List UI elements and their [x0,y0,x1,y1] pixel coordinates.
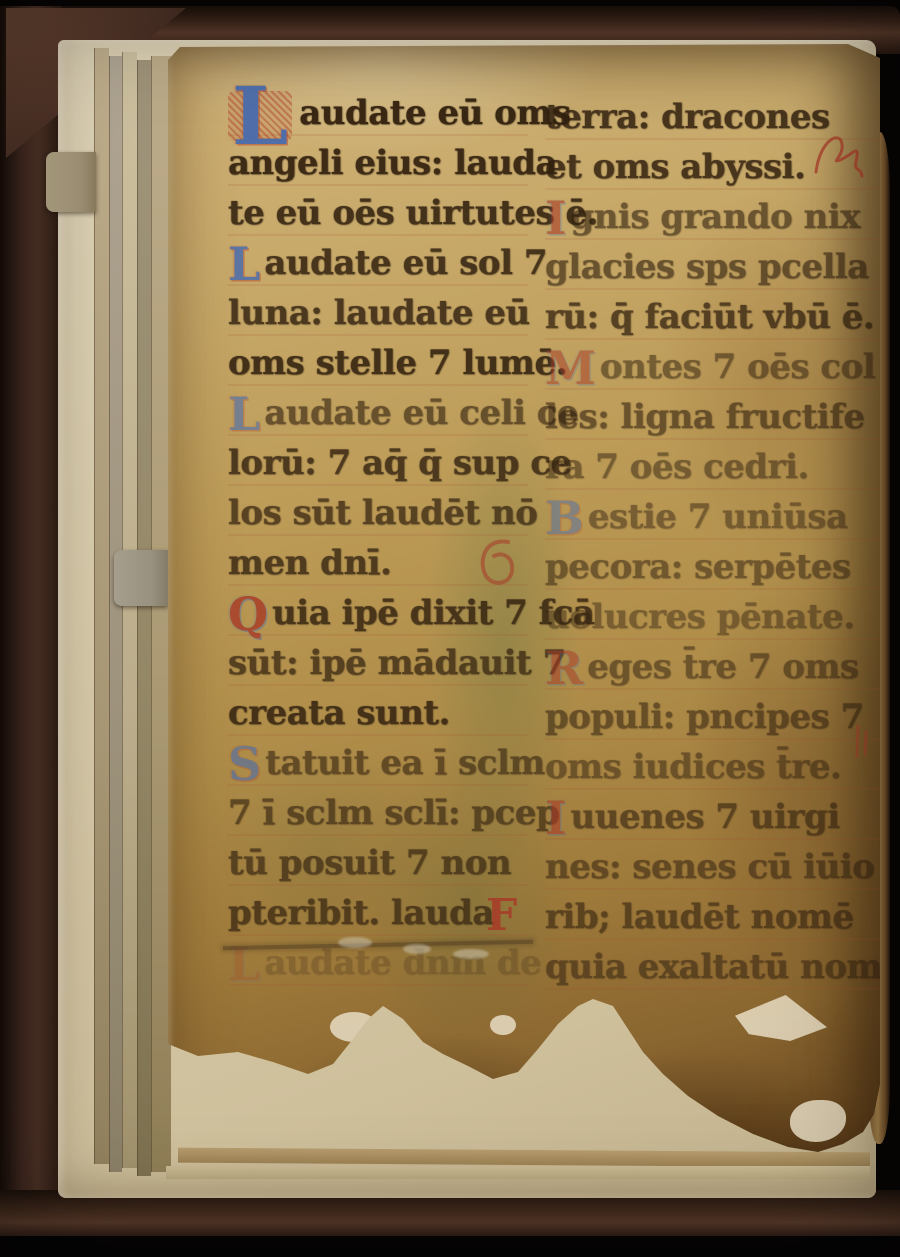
manuscript-line: Laudate eū sol 7 [228,238,528,288]
illuminated-initial-s: S [228,747,261,781]
bottom-leaf-edge [166,1166,870,1179]
manuscript-text: ra 7 oēs cedri. [545,447,809,487]
manuscript-text: ontes 7 oēs col [600,347,875,387]
manuscript-text: et oms abyssi. [545,147,805,187]
illuminated-initial-r: R [545,651,583,685]
red-d-flourish-icon [474,536,522,590]
manuscript-text: luna: laudate eū [228,293,530,333]
manuscript-text: oms iudices t̄re. [545,747,841,787]
manuscript-line: Reges t̄re 7 oms [545,642,880,692]
red-tick-icon [852,724,874,760]
abrasion-shine [403,944,431,954]
manuscript-text: angeli eius: lauda [228,143,557,183]
illuminated-initial-i: I [545,801,567,835]
manuscript-line: rū: q̄ faciūt vbū ē. [545,292,880,342]
manuscript-line: creata sunt. [228,688,528,738]
manuscript-line: tū posuit 7 non [228,838,528,888]
manuscript-line: Quia ipē dixit 7 fcā [228,588,528,638]
manuscript-line: angeli eius: lauda [228,138,528,188]
illuminated-initial-i: I [545,201,567,235]
manuscript-text: audate eū sol 7 [264,243,547,283]
manuscript-line: uolucres pēnate. [545,592,880,642]
illuminated-initial-b: B [545,501,584,535]
manuscript-text: pecora: serpētes [545,547,851,587]
manuscript-text: audate eū oms [299,93,570,133]
manuscript-text: rū: q̄ faciūt vbū ē. [545,297,874,337]
manuscript-line: Laudate eū celi ce [228,388,528,438]
manuscript-text: gnis grando nix [571,197,861,237]
illuminated-initial-l: L [228,247,260,281]
illuminated-initial-l: L [228,397,260,431]
abrasion-shine [338,937,372,948]
tear-hole [490,1015,516,1035]
manuscript-line: les: ligna fructife [545,392,880,442]
manuscript-line: Laudate eū oms [228,88,528,138]
manuscript-text: oms stelle 7 lumē. [228,343,567,383]
manuscript-line: pecora: serpētes [545,542,880,592]
photo-edge-bottom [0,1236,900,1257]
manuscript-text: les: ligna fructife [545,397,865,437]
manuscript-text: rib; laudēt nomē [545,897,854,937]
tear-hole [790,1100,846,1142]
manuscript-text: audate eū celi ce [264,393,578,433]
manuscript-text: eges t̄re 7 oms [587,647,858,687]
leaf-edge-strip [109,56,122,1172]
manuscript-line: 7 ī sclm sclī: pcep [228,788,528,838]
text-column-right: terra: draconeset oms abyssi.Ignis grand… [545,92,880,1002]
manuscript-text: uolucres pēnate. [545,597,855,637]
manuscript-text: terra: dracones [545,97,830,137]
parchment-tab-lower [114,550,168,606]
manuscript-line: oms stelle 7 lumē. [228,338,528,388]
manuscript-text: glacies sps pcella [545,247,869,287]
manuscript-text: pteribit. lauda [228,893,494,933]
manuscript-line: glacies sps pcella [545,242,880,292]
manuscript-text: estie 7 uniūsa [588,497,848,537]
manuscript-text: tatuit ea ī sclm [265,743,545,783]
manuscript-line: Ignis grando nix [545,192,880,242]
parchment-tab-upper [46,152,96,212]
manuscript-line: rib; laudēt nomē [545,892,880,942]
manuscript-text: creata sunt. [228,693,450,733]
manuscript-line: lorū: 7 aq̄ q̄ sup ce [228,438,528,488]
manuscript-line: quia exaltatū nomē [545,942,880,992]
manuscript-line: populi: pncipes 7 [545,692,880,742]
red-guide-letter-f: F [486,890,522,940]
manuscript-text: populi: pncipes 7 [545,697,864,737]
manuscript-text: quia exaltatū nomē [545,947,900,987]
manuscript-text: men dnī. [228,543,391,583]
manuscript-text: te eū oēs uirtutes ē. [228,193,598,233]
manuscript-text: los sūt laudēt nō [228,493,538,533]
illuminated-initial-l: L [228,91,292,141]
leaf-edge-strip [122,52,137,1168]
illuminated-initial-l: L [228,947,260,981]
manuscript-line: Iuuenes 7 uirgi [545,792,880,842]
manuscript-line: Bestie 7 uniūsa [545,492,880,542]
manuscript-text: tū posuit 7 non [228,843,511,883]
abrasion-shine [453,949,489,959]
illuminated-initial-q: Q [228,597,268,631]
manuscript-line: luna: laudate eū [228,288,528,338]
manuscript-line: oms iudices t̄re. [545,742,880,792]
red-pen-flourish-icon [810,126,866,186]
manuscript-line: sūt: ipē mādauit 7 [228,638,528,688]
manuscript-text: nes: senes cū iūio [545,847,874,887]
manuscript-text: lorū: 7 aq̄ q̄ sup ce [228,443,572,483]
manuscript-line: Statuit ea ī sclm [228,738,528,788]
parchment-page: Laudate eū omsangeli eius: laudate eū oē… [168,44,882,1169]
manuscript-line: pteribit. lauda [228,888,528,938]
manuscript-text: sūt: ipē mādauit 7 [228,643,566,683]
illuminated-initial-m: M [545,351,596,385]
leaf-edge-strip [94,48,109,1164]
manuscript-text: uuenes 7 uirgi [571,797,840,837]
manuscript-line: ra 7 oēs cedri. [545,442,880,492]
manuscript-line: nes: senes cū iūio [545,842,880,892]
manuscript-line: te eū oēs uirtutes ē. [228,188,528,238]
manuscript-photo: Laudate eū omsangeli eius: laudate eū oē… [0,0,900,1257]
manuscript-text: 7 ī sclm sclī: pcep [228,793,559,833]
leaf-edge-strip [137,60,151,1176]
manuscript-line: Montes 7 oēs col [545,342,880,392]
manuscript-line: los sūt laudēt nō [228,488,528,538]
